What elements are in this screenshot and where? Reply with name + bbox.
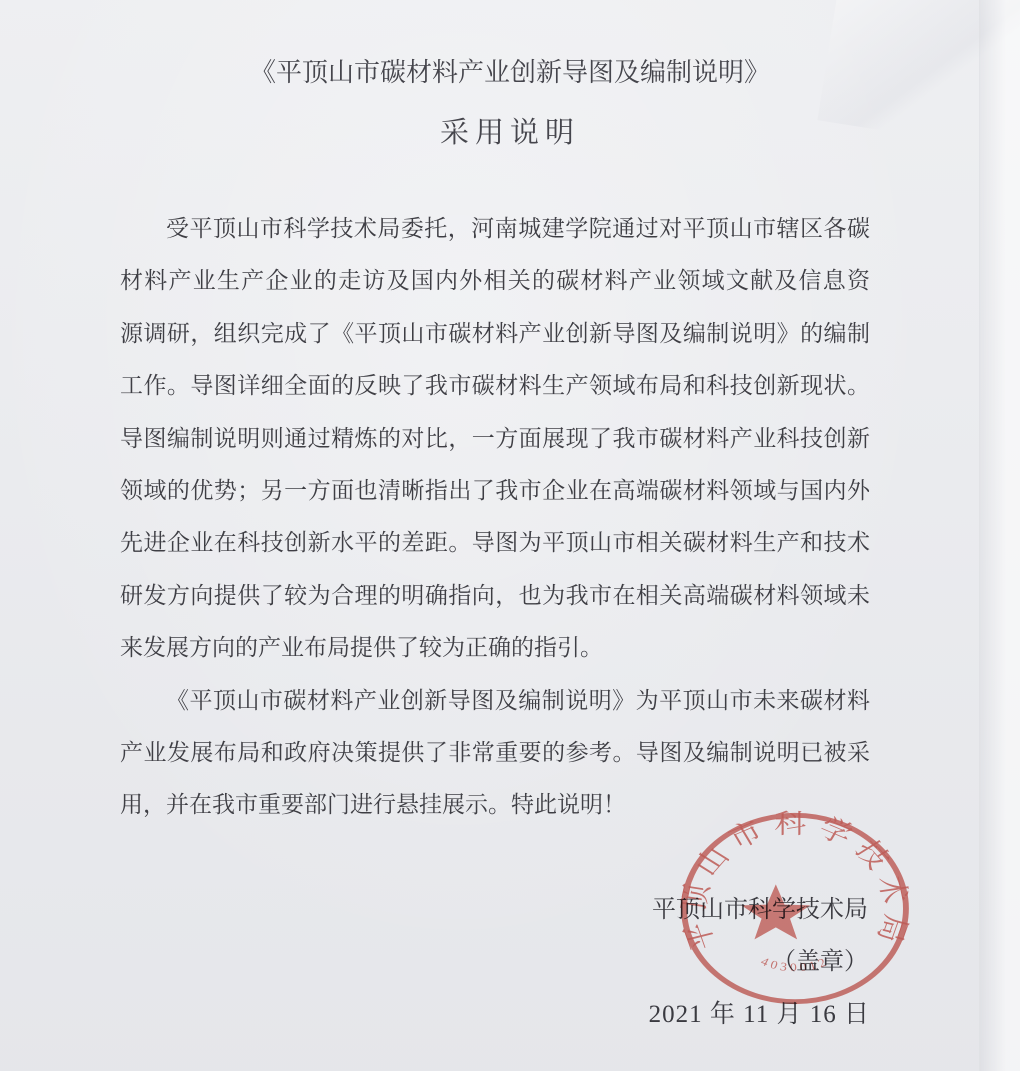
text-line: 先进企业在科技创新水平的差距。导图为平顶山市相关碳材料生产和技术: [120, 517, 870, 569]
text-line: 源调研，组织完成了《平顶山市碳材料产业创新导图及编制说明》的编制: [120, 308, 870, 360]
text-line: 导图编制说明则通过精炼的对比，一方面展现了我市碳材料产业科技创新: [120, 413, 870, 465]
text-line: 领域的优势；另一方面也清晰指出了我市企业在高端碳材料领域与国内外: [120, 465, 870, 517]
text-line: 工作。导图详细全面的反映了我市碳材料生产领域布局和科技创新现状。: [120, 360, 870, 412]
text-line: 来发展方向的产业布局提供了较为正确的指引。: [120, 622, 870, 674]
text-line: 受平顶山市科学技术局委托，河南城建学院通过对平顶山市辖区各碳: [120, 203, 870, 255]
text-line: 《平顶山市碳材料产业创新导图及编制说明》为平顶山市未来碳材料: [120, 675, 870, 727]
seal-star-icon: [741, 884, 810, 939]
paper-right-edge: [979, 0, 1020, 1071]
document-body: 受平顶山市科学技术局委托，河南城建学院通过对平顶山市辖区各碳 材料产业生产企业的…: [120, 203, 870, 832]
text-line: 产业发展布局和政府决策提供了非常重要的参考。导图及编制说明已被采: [120, 727, 870, 779]
document-subtitle: 采用说明: [0, 110, 1020, 151]
official-seal-stamp: 平顶山市科学技术局 4104030012861: [667, 801, 923, 1016]
seal-ring-text: 平顶山市科学技术局: [676, 810, 914, 954]
text-line: 研发方向提供了较为合理的明确指向，也为我市在相关高端碳材料领域未: [120, 570, 870, 622]
document-page: 《平顶山市碳材料产业创新导图及编制说明》 采用说明 受平顶山市科学技术局委托，河…: [0, 0, 1020, 1071]
text-line: 材料产业生产企业的走访及国内外相关的碳材料产业领域文献及信息资: [120, 255, 870, 307]
document-title: 《平顶山市碳材料产业创新导图及编制说明》: [0, 52, 1020, 89]
